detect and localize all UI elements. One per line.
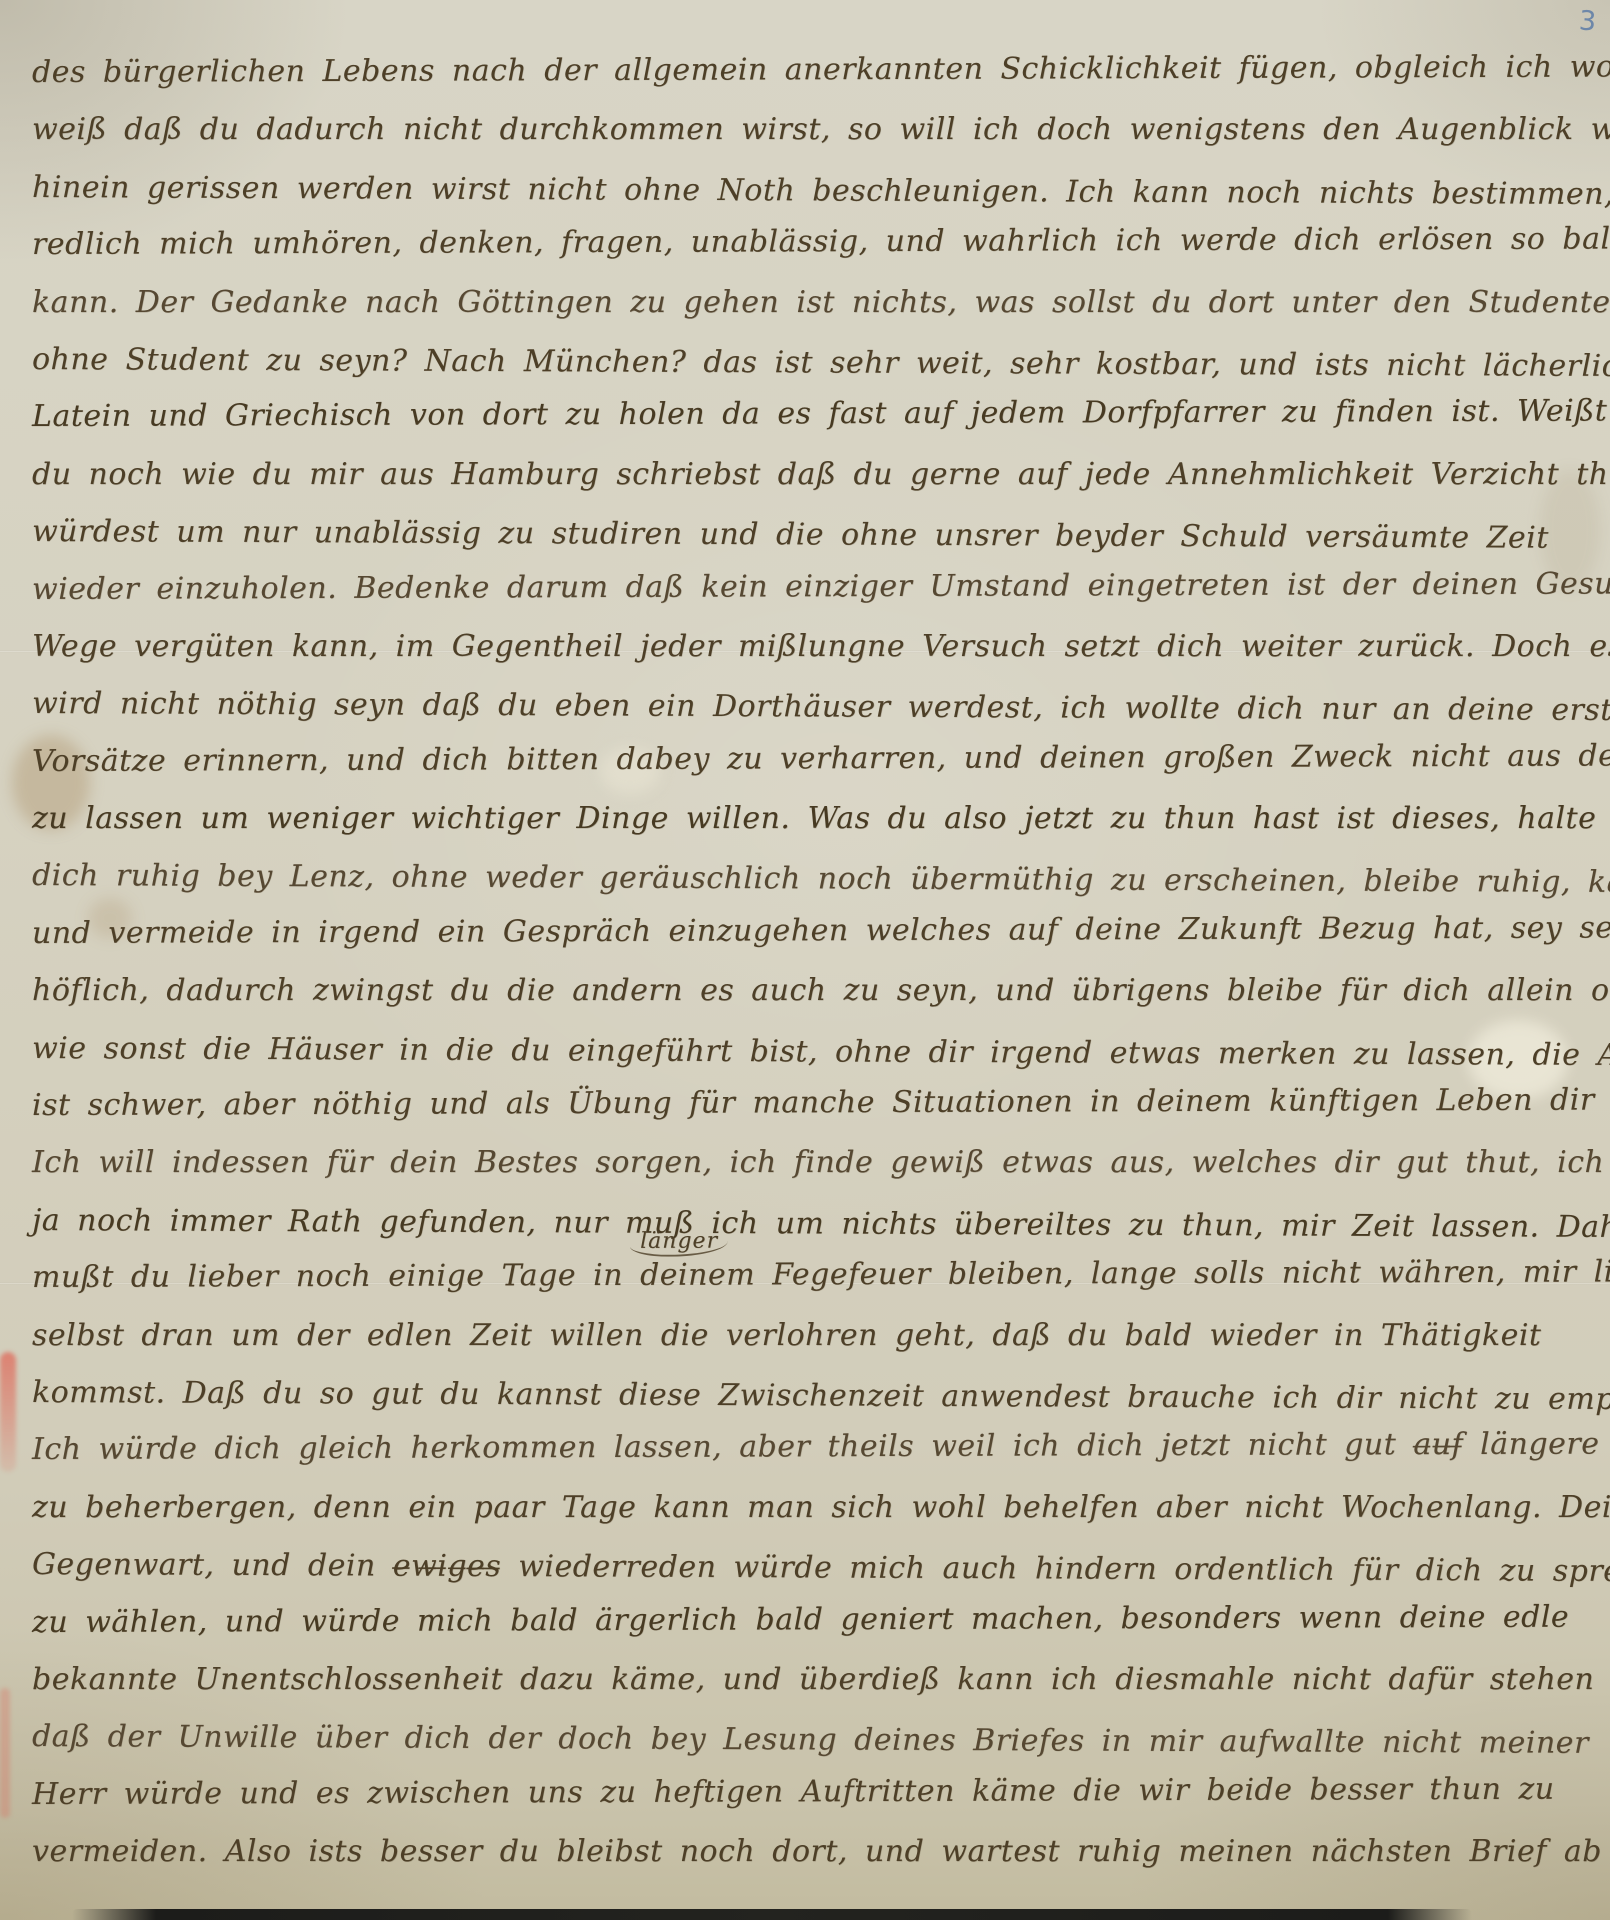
handwriting-line: kann. Der Gedanke nach Göttingen zu gehe… — [32, 274, 1580, 331]
handwriting-line: selbst dran um der edlen Zeit willen die… — [32, 1307, 1580, 1364]
interlinear-insertion: länger — [630, 1231, 728, 1257]
handwriting-line: du noch wie du mir aus Hamburg schriebst… — [32, 446, 1580, 503]
handwriting-line: bekannte Unentschlossenheit dazu käme, u… — [32, 1651, 1580, 1708]
handwriting-line: Herr würde und es zwischen uns zu heftig… — [32, 1760, 1554, 1823]
handwriting-line: Ich würde dich gleich herkommen lassen, … — [32, 1416, 1554, 1479]
handwriting-line: weiß daß du dadurch nicht durchkommen wi… — [32, 101, 1566, 158]
handwriting-lines: des bürgerlichen Lebens nach der allgeme… — [32, 44, 1580, 1881]
handwriting-line: mußt du lieber noch einige Tage in deine… — [32, 1244, 1566, 1307]
handwriting-line: des bürgerlichen Lebens nach der allgeme… — [32, 39, 1554, 102]
handwriting-line: zu wählen, und würde mich bald ärgerlich… — [32, 1588, 1580, 1651]
handwriting-line: Latein und Griechisch von dort zu holen … — [32, 383, 1554, 446]
handwriting-line: vermeiden. Also ists besser du bleibst n… — [32, 1823, 1580, 1880]
handwriting-line: zu lassen um weniger wichtiger Dinge wil… — [32, 790, 1566, 847]
letter-page: 3 des bürgerlichen Lebens nach der allge… — [0, 0, 1610, 1920]
handwriting-line: und vermeide in irgend ein Gespräch einz… — [32, 899, 1580, 962]
handwriting-line: redlich mich umhören, denken, fragen, un… — [32, 211, 1580, 274]
handwriting-line: wieder einzuholen. Bedenke darum daß kei… — [32, 555, 1566, 618]
handwriting-line: ist schwer, aber nöthig und als Übung fü… — [32, 1072, 1554, 1135]
red-chalk-mark — [0, 1688, 10, 1818]
handwriting-line: Vorsätze erinnern, und dich bitten dabey… — [32, 727, 1554, 790]
scan-edge-shadow — [72, 1909, 1472, 1920]
red-chalk-mark — [0, 1352, 16, 1472]
handwriting-line: Wege vergüten kann, im Gegentheil jeder … — [32, 618, 1580, 675]
handwriting-line: zu beherbergen, denn ein paar Tage kann … — [32, 1479, 1566, 1536]
page-number: 3 — [1578, 5, 1597, 37]
handwriting-line: höflich, dadurch zwingst du die andern e… — [32, 962, 1580, 1019]
handwriting-line: Ich will indessen für dein Bestes sorgen… — [32, 1134, 1580, 1191]
